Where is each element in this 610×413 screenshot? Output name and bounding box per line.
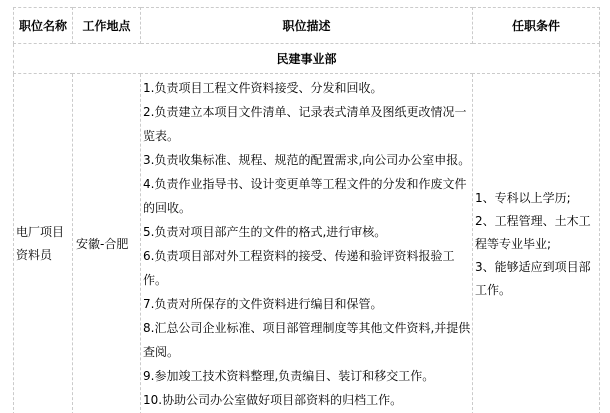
department-name: 民建事业部	[14, 44, 600, 74]
duty-item: 3.负责收集标准、规程、规范的配置需求,向公司办公室申报。	[143, 148, 472, 172]
position-name-cell: 电厂项目资料员	[14, 74, 73, 413]
duty-item: 1.负责项目工程文件资料接受、分发和回收。	[143, 76, 472, 100]
requirements-cell: 1、专科以上学历; 2、工程管理、土木工程等专业毕业; 3、能够适应到项目部工作…	[473, 74, 600, 413]
requirement-item: 3、能够适应到项目部工作。	[475, 256, 599, 302]
department-row: 民建事业部	[14, 44, 600, 74]
duty-item: 7.负责对所保存的文件资料进行编目和保管。	[143, 292, 472, 316]
column-header-job-description: 职位描述	[141, 8, 473, 44]
duty-item: 8.汇总公司企业标准、项目部管理制度等其他文件资料,并提供查阅。	[143, 316, 472, 364]
duty-item: 4.负责作业指导书、设计变更单等工程文件的分发和作废文件的回收。	[143, 172, 472, 220]
duty-item: 5.负责对项目部产生的文件的格式,进行审核。	[143, 220, 472, 244]
duty-item: 6.负责项目部对外工程资料的接受、传递和验评资料报验工作。	[143, 244, 472, 292]
duty-item: 10.协助公司办公室做好项目部资料的归档工作。	[143, 388, 472, 412]
location-cell: 安徽-合肥	[73, 74, 141, 413]
job-listing-table: 职位名称 工作地点 职位描述 任职条件 民建事业部 电厂项目资料员 安徽-合肥 …	[13, 7, 600, 413]
requirement-item: 2、工程管理、土木工程等专业毕业;	[475, 210, 599, 256]
job-row: 电厂项目资料员 安徽-合肥 1.负责项目工程文件资料接受、分发和回收。 2.负责…	[14, 74, 600, 413]
requirement-item: 1、专科以上学历;	[475, 187, 599, 210]
column-header-position-name: 职位名称	[14, 8, 73, 44]
duty-item: 2.负责建立本项目文件清单、记录表式清单及图纸更改情况一览表。	[143, 100, 472, 148]
column-header-job-requirements: 任职条件	[473, 8, 600, 44]
duties-cell: 1.负责项目工程文件资料接受、分发和回收。 2.负责建立本项目文件清单、记录表式…	[141, 74, 473, 413]
table-header-row: 职位名称 工作地点 职位描述 任职条件	[14, 8, 600, 44]
duty-item: 9.参加竣工技术资料整理,负责编目、装订和移交工作。	[143, 364, 472, 388]
column-header-work-location: 工作地点	[73, 8, 141, 44]
